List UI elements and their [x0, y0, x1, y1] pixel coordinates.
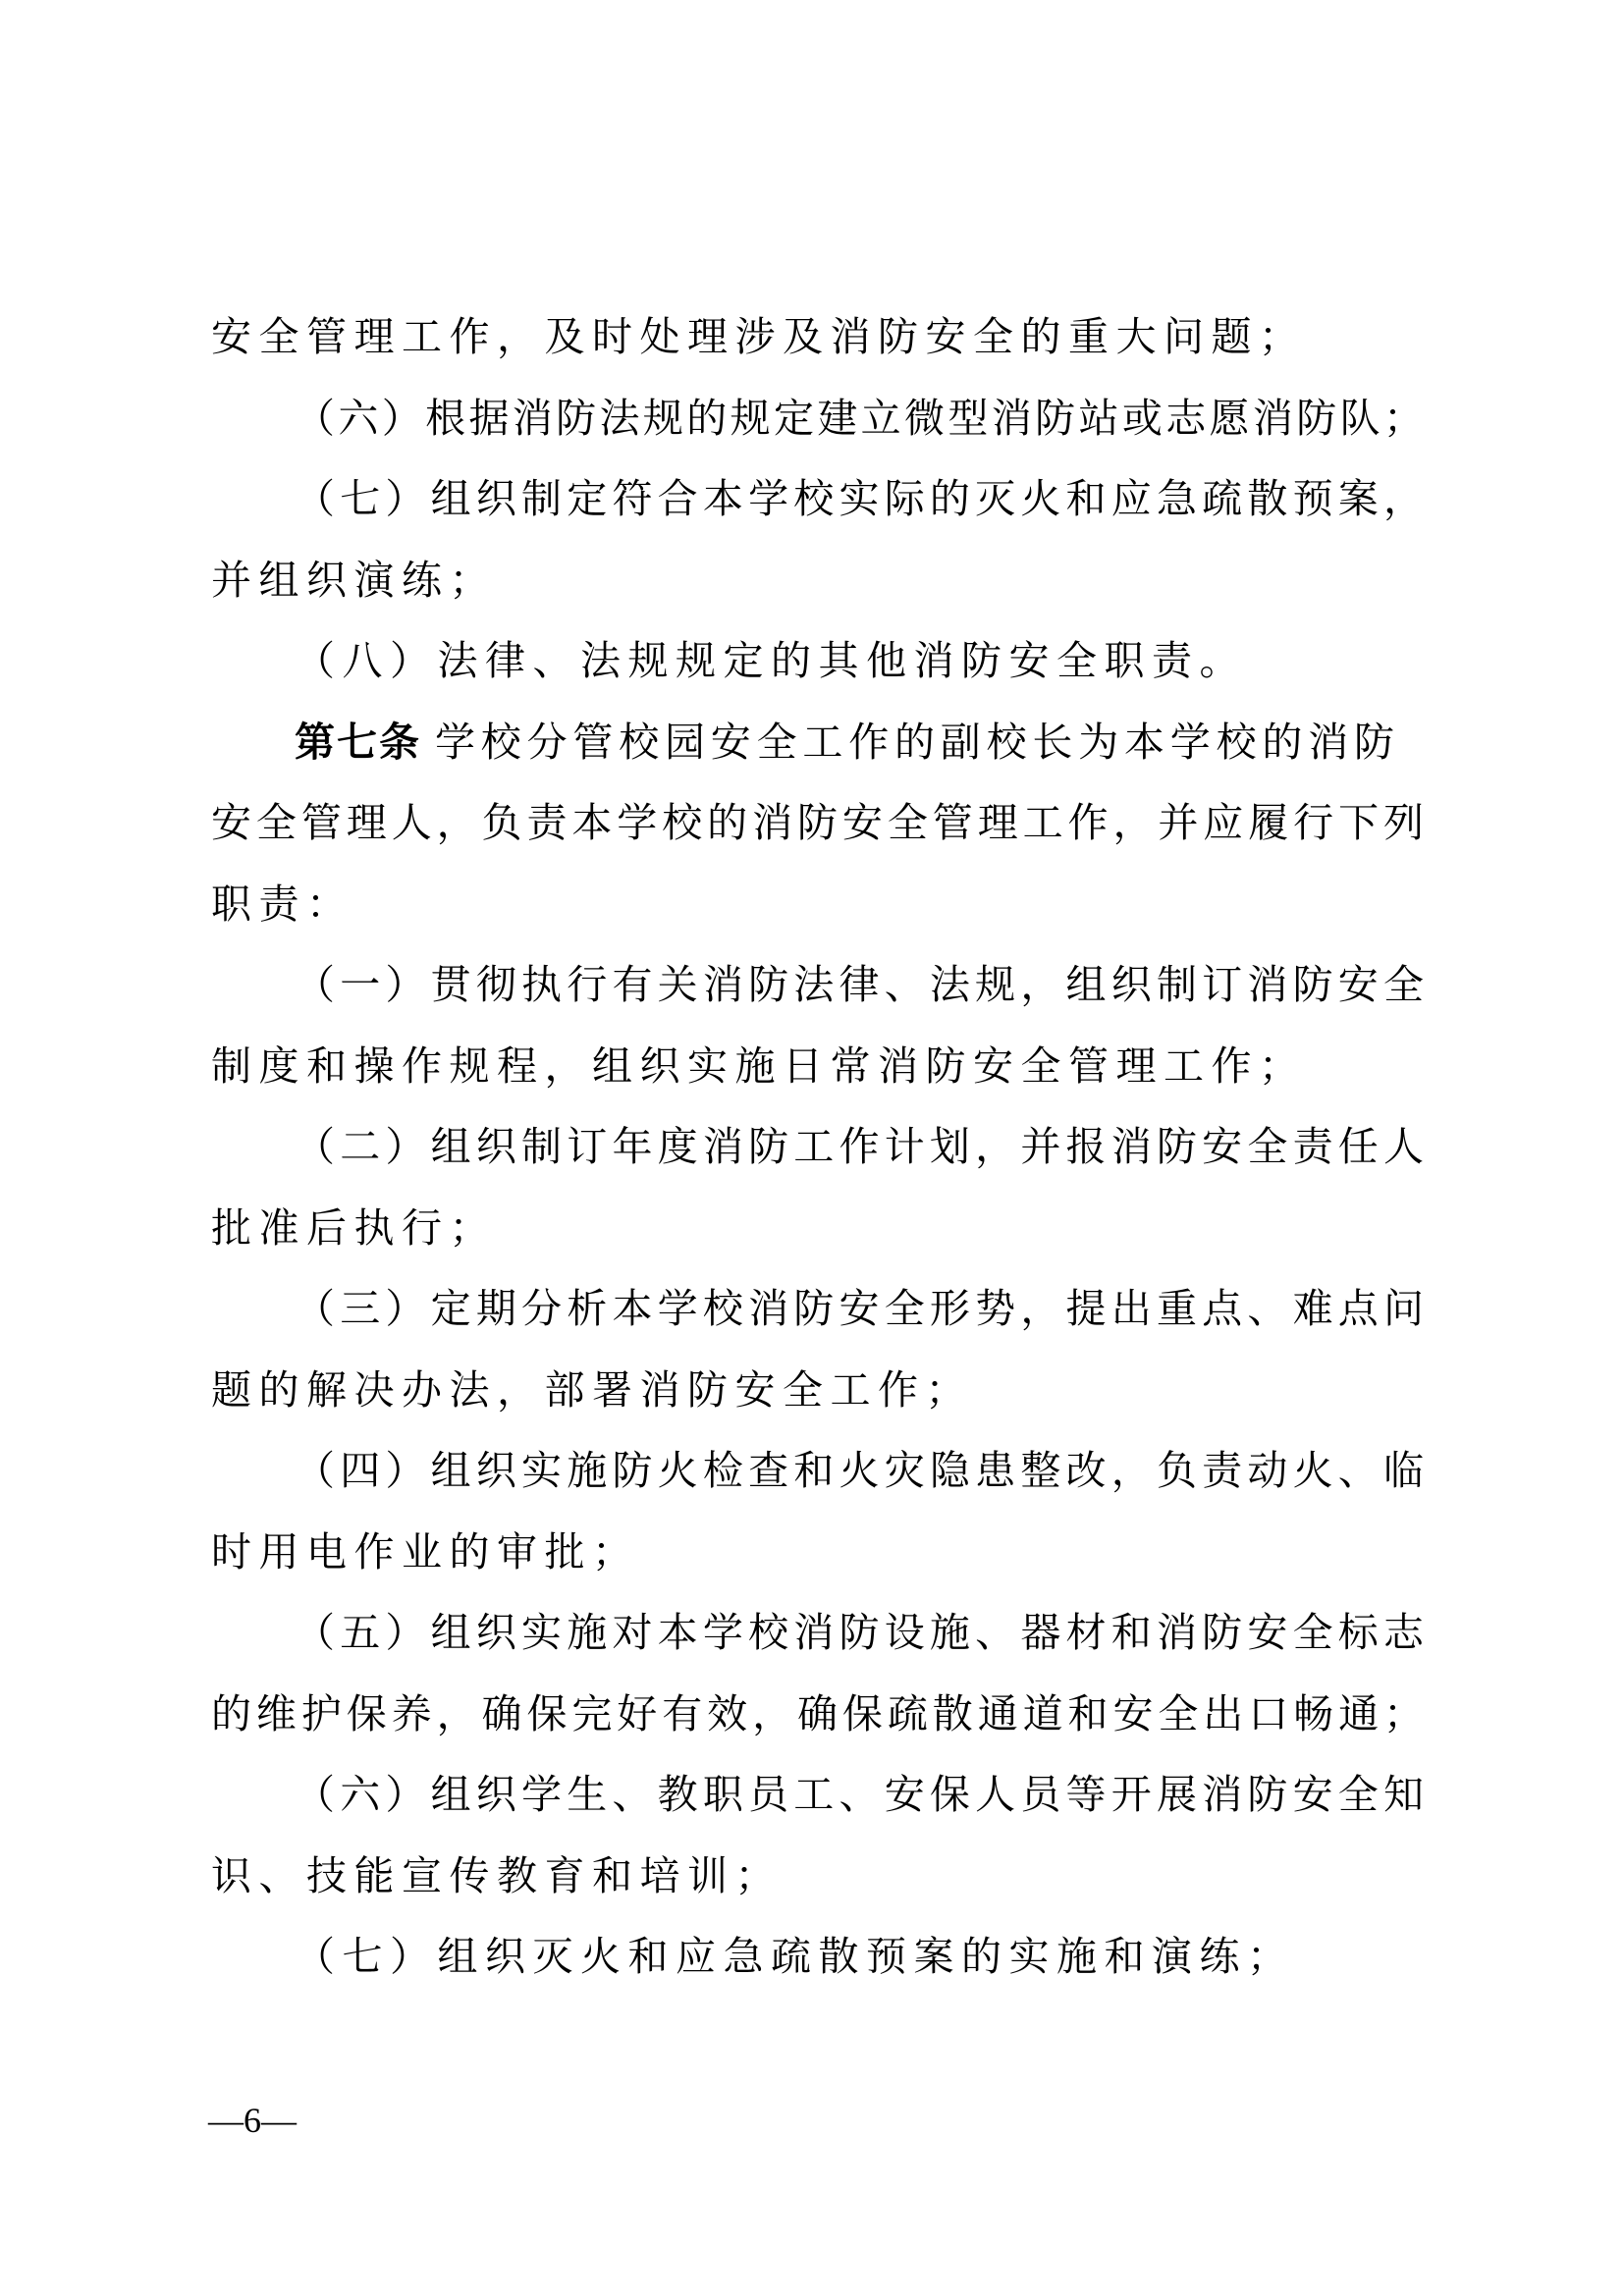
- article-text: 学校分管校园安全工作的副校长为本学校的消防: [435, 719, 1400, 766]
- text-line: 批准后执行；: [211, 1203, 1424, 1253]
- text-line: 时用电作业的审批；: [211, 1527, 1424, 1576]
- clause-item-8-line: （八）法律、法规规定的其他消防安全职责。: [295, 636, 1424, 685]
- text-line: 安全管理工作，及时处理涉及消防安全的重大问题；: [211, 312, 1424, 361]
- text-line: 职责：: [211, 880, 1424, 929]
- text-line: 的维护保养，确保完好有效，确保疏散通道和安全出口畅通；: [211, 1689, 1424, 1738]
- duty-item-4-line: （四）组织实施防火检查和火灾隐患整改，负责动火、临: [295, 1446, 1424, 1495]
- text-line: 题的解决办法，部署消防安全工作；: [211, 1365, 1424, 1415]
- duty-item-2-line: （二）组织制订年度消防工作计划，并报消防安全责任人: [295, 1122, 1424, 1171]
- page-number: —6—: [208, 2101, 297, 2140]
- article-heading: 第七条: [295, 719, 421, 766]
- text-line: 并组织演练；: [211, 556, 1424, 605]
- text-line: 制度和操作规程，组织实施日常消防安全管理工作；: [211, 1041, 1424, 1091]
- text-line: 识、技能宣传教育和培训；: [211, 1851, 1424, 1900]
- clause-item-6-line: （六）根据消防法规的规定建立微型消防站或志愿消防队；: [295, 394, 1424, 443]
- duty-item-1-line: （一）贯彻执行有关消防法律、法规，组织制订消防安全: [295, 960, 1424, 1009]
- article-7-first-line: 第七条学校分管校园安全工作的副校长为本学校的消防: [295, 718, 1424, 767]
- text-line: 安全管理人，负责本学校的消防安全管理工作，并应履行下列: [211, 798, 1424, 847]
- duty-item-7-line: （七）组织灭火和应急疏散预案的实施和演练；: [295, 1932, 1424, 1981]
- document-page: 安全管理工作，及时处理涉及消防安全的重大问题； （六）根据消防法规的规定建立微型…: [0, 0, 1624, 2296]
- duty-item-6-line: （六）组织学生、教职员工、安保人员等开展消防安全知: [295, 1770, 1424, 1819]
- duty-item-3-line: （三）定期分析本学校消防安全形势，提出重点、难点问: [295, 1284, 1424, 1333]
- duty-item-5-line: （五）组织实施对本学校消防设施、器材和消防安全标志: [295, 1608, 1424, 1657]
- clause-item-7-line: （七）组织制定符合本学校实际的灭火和应急疏散预案，: [295, 474, 1424, 523]
